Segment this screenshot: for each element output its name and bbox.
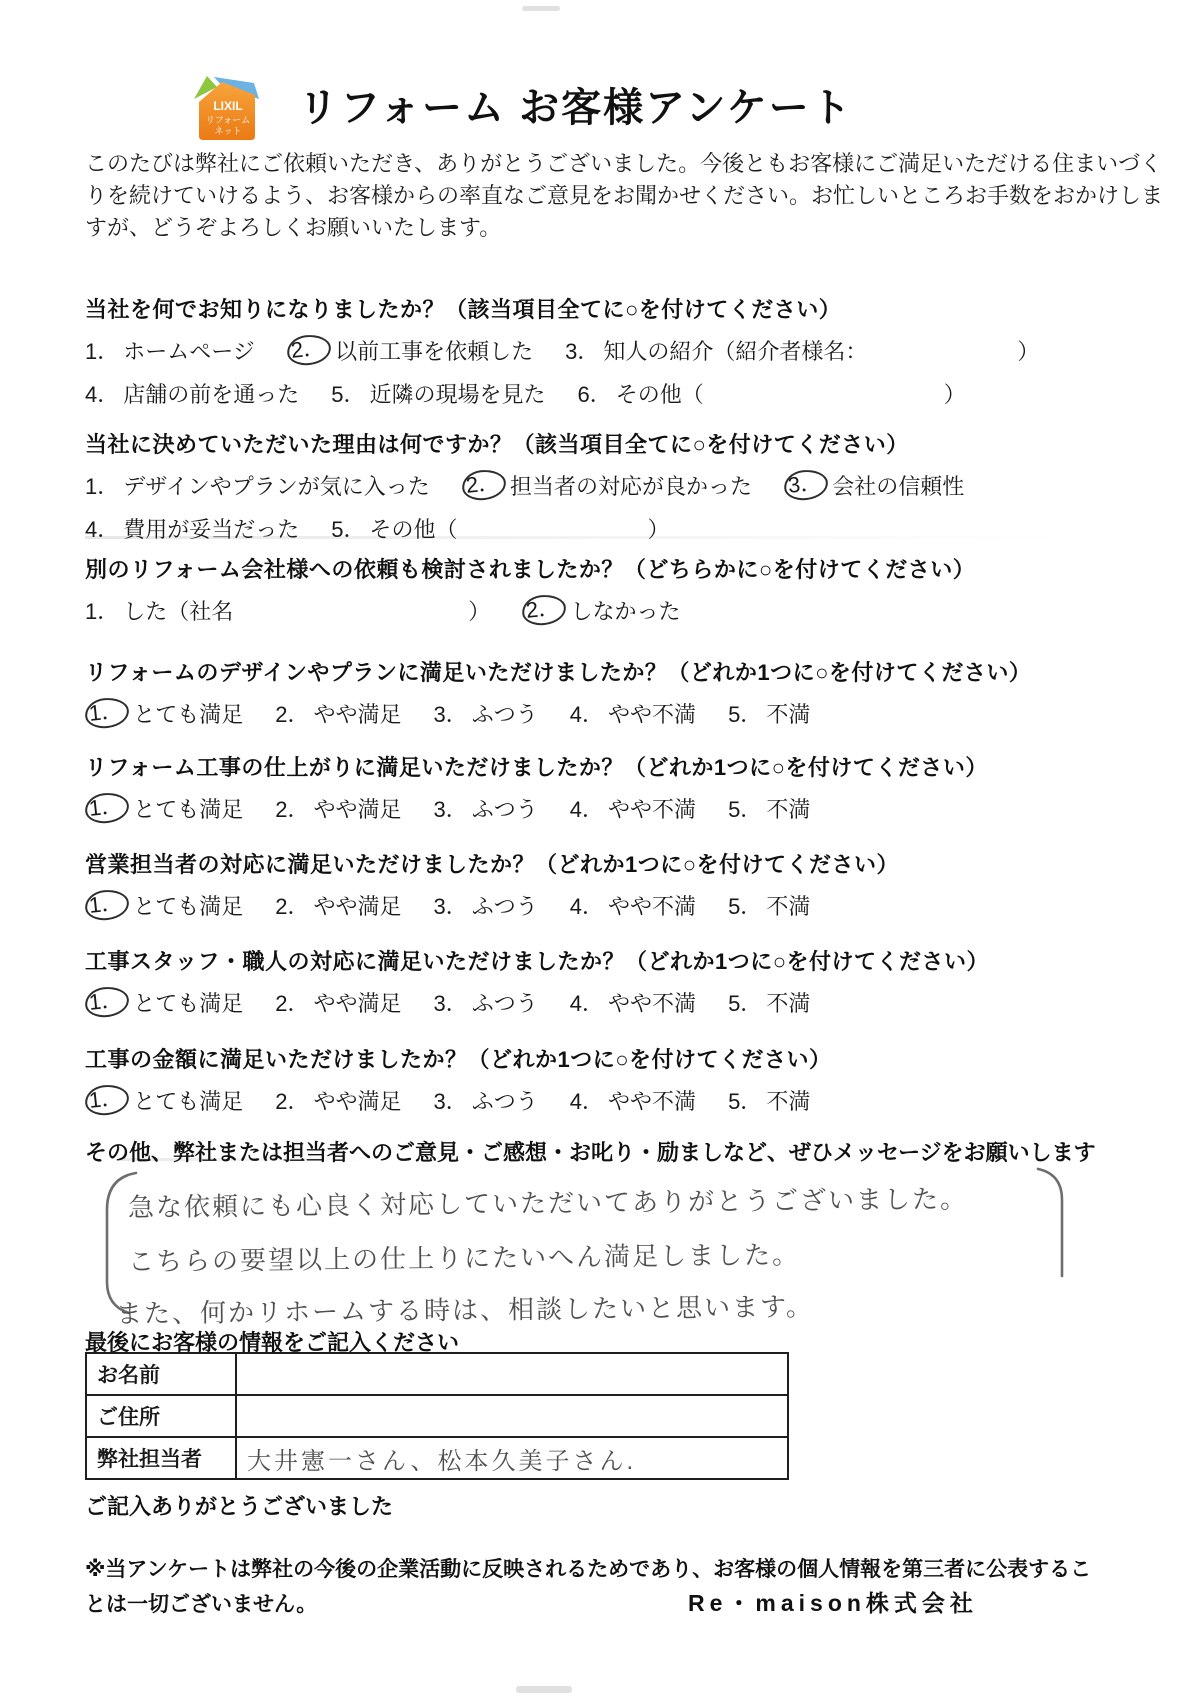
option-label: 以前工事を依頼した	[335, 335, 533, 366]
question-block: リフォームのデザインやプランに満足いただけましたか？（どれか1つに○を付けてくだ…	[85, 656, 1031, 730]
option-4: 4．店舗の前を通った	[85, 378, 299, 409]
question-block: リフォーム工事の仕上がりに満足いただけましたか？（どれか1つに○を付けてください…	[85, 751, 988, 825]
option-4: 4．やや不満	[570, 987, 696, 1018]
close-paren: ）	[648, 513, 670, 544]
option-number: 4．	[570, 987, 604, 1018]
option-label: やや不満	[608, 890, 696, 921]
option-number: 2．	[275, 1085, 309, 1116]
option-label: とても満足	[133, 890, 243, 921]
question-heading: 別のリフォーム会社様への依頼も検討されましたか？（どちらかに○を付けてください）	[85, 553, 975, 584]
option-2: 2．やや満足	[275, 698, 401, 729]
option-number: 3．	[565, 335, 599, 366]
table-row: ご住所	[86, 1395, 788, 1437]
handwritten-comment-line: こちらの要望以上の仕上りにたいへん満足しました。	[128, 1234, 800, 1278]
option-label: ふつう	[472, 987, 538, 1018]
option-number: 1．	[85, 595, 119, 626]
option-number: 4．	[570, 890, 604, 921]
option-label: とても満足	[133, 987, 243, 1018]
option-1: 1．した（社名）	[85, 595, 490, 626]
option-label: 担当者の対応が良かった	[510, 470, 752, 501]
close-paren: ）	[944, 378, 966, 409]
option-number: 2．	[275, 698, 309, 729]
option-label: やや不満	[608, 987, 696, 1018]
option-2: 2．担当者の対応が良かった	[462, 470, 752, 501]
option-4: 4．やや不満	[570, 793, 696, 824]
option-label: ふつう	[472, 1085, 538, 1116]
footer-note-line1: ※当アンケートは弊社の今後の企業活動に反映されるためであり、お客様の個人情報を第…	[85, 1553, 1091, 1583]
handwritten-circle: 3．	[783, 468, 830, 503]
option-number: 3．	[434, 698, 468, 729]
question-block: 工事スタッフ・職人の対応に満足いただけましたか？（どれか1つに○を付けてください…	[85, 945, 989, 1019]
row-value: 大井憲一さん、松本久美子さん.	[236, 1437, 788, 1479]
option-number: 5．	[728, 890, 762, 921]
blank-write-in-space	[867, 350, 1017, 351]
option-2: 2．やや満足	[275, 1085, 401, 1116]
option-1: 1．デザインやプランが気に入った	[85, 470, 430, 501]
option-label: やや不満	[608, 793, 696, 824]
option-line: 1．とても満足2．やや満足3．ふつう4．やや不満5．不満	[85, 1083, 842, 1117]
option-1: 1．とても満足	[85, 1085, 243, 1116]
option-label: やや不満	[608, 698, 696, 729]
intro-line: このたびは弊社にご依頼いただき、ありがとうございました。今後ともお客様にご満足い…	[85, 148, 1163, 180]
option-1: 1．とても満足	[85, 698, 243, 729]
handwritten-right-bracket	[1036, 1166, 1068, 1278]
option-number: 4．	[85, 513, 119, 544]
option-number: 6．	[578, 378, 612, 409]
lixil-reform-net-logo: LIXIL リフォーム ネット	[192, 72, 262, 146]
option-label: ホームページ	[123, 335, 255, 366]
option-4: 4．やや不満	[570, 890, 696, 921]
option-label: 店舗の前を通った	[123, 378, 299, 409]
question-heading: リフォームのデザインやプランに満足いただけましたか？（どれか1つに○を付けてくだ…	[85, 656, 1031, 687]
blank-write-in-space	[233, 610, 468, 611]
option-3: 3．ふつう	[434, 793, 538, 824]
option-number: 3．	[434, 1085, 468, 1116]
option-1: 1．とても満足	[85, 793, 243, 824]
table-row: お名前	[86, 1353, 788, 1395]
blank-write-in-space	[704, 393, 944, 394]
option-3: 3．ふつう	[434, 1085, 538, 1116]
intro-line: りを続けていけるよう、お客様からの率直なご意見をお聞かせください。お忙しいところ…	[85, 180, 1163, 212]
handwritten-comment-line: 急な依頼にも心良く対応していただいてありがとうございました。	[128, 1179, 968, 1225]
logo-brand-text: LIXIL	[213, 99, 242, 113]
handwritten-circle: 1．	[84, 791, 131, 826]
question-block: 工事の金額に満足いただけましたか？（どれか1つに○を付けてください）1．とても満…	[85, 1043, 842, 1117]
option-line: 1．した（社名）2．しなかった	[85, 593, 975, 627]
option-2: 2．やや満足	[275, 890, 401, 921]
blank-write-in-space	[458, 528, 648, 529]
option-5: 5．不満	[728, 987, 810, 1018]
option-6: 6．その他（）	[578, 378, 966, 409]
close-paren: ）	[1017, 335, 1039, 366]
option-label: 不満	[766, 1085, 810, 1116]
handwritten-circle: 2．	[521, 593, 568, 628]
option-3: 3．ふつう	[434, 890, 538, 921]
option-label: やや満足	[314, 890, 402, 921]
option-2: 2．やや満足	[275, 987, 401, 1018]
option-3: 3．ふつう	[434, 987, 538, 1018]
intro-line: すが、どうぞよろしくお願いいたします。	[85, 212, 1163, 244]
handwritten-circle: 2．	[460, 468, 507, 503]
option-line: 4．費用が妥当だった5．その他（）	[85, 511, 996, 545]
option-label: その他（	[616, 378, 704, 409]
option-3: 3．知人の紹介（紹介者様名：）	[565, 335, 1039, 366]
option-number: 4．	[570, 793, 604, 824]
option-number: 5．	[728, 987, 762, 1018]
option-2: 2．しなかった	[522, 595, 680, 626]
option-label: やや不満	[608, 1085, 696, 1116]
option-label: 費用が妥当だった	[123, 513, 299, 544]
option-number: 4．	[570, 698, 604, 729]
question-heading: 当社に決めていただいた理由は何ですか？（該当項目全てに○を付けてください）	[85, 428, 996, 459]
option-5: 5．不満	[728, 890, 810, 921]
option-5: 5．不満	[728, 698, 810, 729]
option-number: 3．	[434, 793, 468, 824]
question-block: 当社を何でお知りになりましたか？（該当項目全てに○を付けてください）1．ホームペ…	[85, 293, 1071, 410]
option-line: 1．とても満足2．やや満足3．ふつう4．やや不満5．不満	[85, 985, 989, 1019]
option-label: やや満足	[314, 698, 402, 729]
question-block: 営業担当者の対応に満足いただけましたか？（どれか1つに○を付けてください）1．と…	[85, 848, 899, 922]
option-label: ふつう	[472, 890, 538, 921]
comments-heading: その他、弊社または担当者へのご意見・ご感想・お叱り・励ましなど、ぜひメッセージを…	[85, 1136, 1096, 1167]
option-number: 5．	[728, 698, 762, 729]
logo-line2-text: リフォーム	[206, 115, 251, 125]
option-number: 3．	[434, 890, 468, 921]
question-heading: 営業担当者の対応に満足いただけましたか？（どれか1つに○を付けてください）	[85, 848, 899, 879]
option-1: 1．とても満足	[85, 890, 243, 921]
close-paren: ）	[468, 595, 490, 626]
row-label: ご住所	[86, 1395, 236, 1437]
option-4: 4．やや不満	[570, 698, 696, 729]
option-label: やや満足	[314, 793, 402, 824]
handwritten-circle: 2．	[285, 333, 332, 368]
thanks-text: ご記入ありがとうございました	[85, 1490, 393, 1521]
option-number: 5．	[728, 793, 762, 824]
company-name: Re・maison株式会社	[688, 1585, 978, 1618]
customer-info-rows: お名前ご住所弊社担当者大井憲一さん、松本久美子さん.	[86, 1353, 788, 1479]
logo-line3-text: ネット	[214, 126, 241, 136]
option-5: 5．不満	[728, 1085, 810, 1116]
question-heading: 工事の金額に満足いただけましたか？（どれか1つに○を付けてください）	[85, 1043, 842, 1074]
footer-note-line2: とは一切ございません。	[85, 1588, 317, 1618]
option-number: 5．	[728, 1085, 762, 1116]
option-label: とても満足	[133, 1085, 243, 1116]
survey-document: LIXIL リフォーム ネット リフォーム お客様アンケート このたびは弊社にご…	[0, 0, 1200, 1702]
option-1: 1．ホームページ	[85, 335, 255, 366]
question-heading: 当社を何でお知りになりましたか？（該当項目全てに○を付けてください）	[85, 293, 1071, 324]
option-number: 1．	[85, 335, 119, 366]
scan-smudge-top	[522, 6, 560, 11]
scan-smudge-bottom	[516, 1686, 572, 1693]
handwritten-circle: 1．	[84, 696, 131, 731]
row-value	[236, 1395, 788, 1437]
option-label: ふつう	[472, 698, 538, 729]
row-value	[236, 1353, 788, 1395]
handwritten-circle: 1．	[84, 985, 131, 1020]
option-label: 不満	[766, 698, 810, 729]
option-5: 5．不満	[728, 793, 810, 824]
option-label: 不満	[766, 890, 810, 921]
option-number: 1．	[85, 470, 119, 501]
option-label: とても満足	[133, 698, 243, 729]
table-row: 弊社担当者大井憲一さん、松本久美子さん.	[86, 1437, 788, 1479]
option-line: 1．とても満足2．やや満足3．ふつう4．やや不満5．不満	[85, 791, 988, 825]
option-line: 1．ホームページ2．以前工事を依頼した3．知人の紹介（紹介者様名：）	[85, 333, 1071, 367]
option-number: 2．	[275, 987, 309, 1018]
option-5: 5．その他（）	[331, 513, 669, 544]
option-line: 1．デザインやプランが気に入った2．担当者の対応が良かった3．会社の信頼性	[85, 468, 996, 502]
row-label: 弊社担当者	[86, 1437, 236, 1479]
option-label: 会社の信頼性	[832, 470, 964, 501]
option-number: 5．	[331, 513, 365, 544]
option-4: 4．費用が妥当だった	[85, 513, 299, 544]
option-label: 不満	[766, 987, 810, 1018]
question-heading: リフォーム工事の仕上がりに満足いただけましたか？（どれか1つに○を付けてください…	[85, 751, 988, 782]
option-3: 3．会社の信頼性	[784, 470, 964, 501]
option-label: ふつう	[472, 793, 538, 824]
logo-graphic: LIXIL リフォーム ネット	[192, 72, 262, 146]
option-number: 2．	[275, 793, 309, 824]
option-label: やや満足	[314, 1085, 402, 1116]
option-label: とても満足	[133, 793, 243, 824]
question-heading: 工事スタッフ・職人の対応に満足いただけましたか？（どれか1つに○を付けてください…	[85, 945, 989, 976]
option-label: やや満足	[314, 987, 402, 1018]
option-label: した（社名	[123, 595, 233, 626]
option-label: 不満	[766, 793, 810, 824]
option-number: 4．	[85, 378, 119, 409]
option-4: 4．やや不満	[570, 1085, 696, 1116]
option-1: 1．とても満足	[85, 987, 243, 1018]
option-2: 2．以前工事を依頼した	[287, 335, 533, 366]
option-label: 知人の紹介（紹介者様名：	[603, 335, 867, 366]
handwritten-circle: 1．	[84, 1083, 131, 1118]
question-block: 別のリフォーム会社様への依頼も検討されましたか？（どちらかに○を付けてください）…	[85, 553, 975, 627]
customer-info-table: お名前ご住所弊社担当者大井憲一さん、松本久美子さん.	[85, 1352, 789, 1480]
option-label: 近隣の現場を見た	[370, 378, 546, 409]
option-line: 4．店舗の前を通った5．近隣の現場を見た6．その他（）	[85, 376, 1071, 410]
option-number: 3．	[434, 987, 468, 1018]
intro-paragraph: このたびは弊社にご依頼いただき、ありがとうございました。今後ともお客様にご満足い…	[85, 148, 1163, 244]
row-label: お名前	[86, 1353, 236, 1395]
handwritten-circle: 1．	[84, 888, 131, 923]
option-line: 1．とても満足2．やや満足3．ふつう4．やや不満5．不満	[85, 888, 899, 922]
option-number: 4．	[570, 1085, 604, 1116]
option-line: 1．とても満足2．やや満足3．ふつう4．やや不満5．不満	[85, 696, 1031, 730]
option-5: 5．近隣の現場を見た	[331, 378, 545, 409]
handwritten-comment-line: また、何かリホームする時は、相談したいと思います。	[116, 1286, 814, 1330]
page-title: リフォーム お客様アンケート	[298, 76, 853, 133]
option-number: 5．	[331, 378, 365, 409]
option-label: デザインやプランが気に入った	[123, 470, 429, 501]
option-label: その他（	[370, 513, 458, 544]
option-label: しなかった	[571, 595, 681, 626]
question-block: 当社に決めていただいた理由は何ですか？（該当項目全てに○を付けてください）1．デ…	[85, 428, 996, 545]
option-3: 3．ふつう	[434, 698, 538, 729]
option-2: 2．やや満足	[275, 793, 401, 824]
option-number: 2．	[275, 890, 309, 921]
